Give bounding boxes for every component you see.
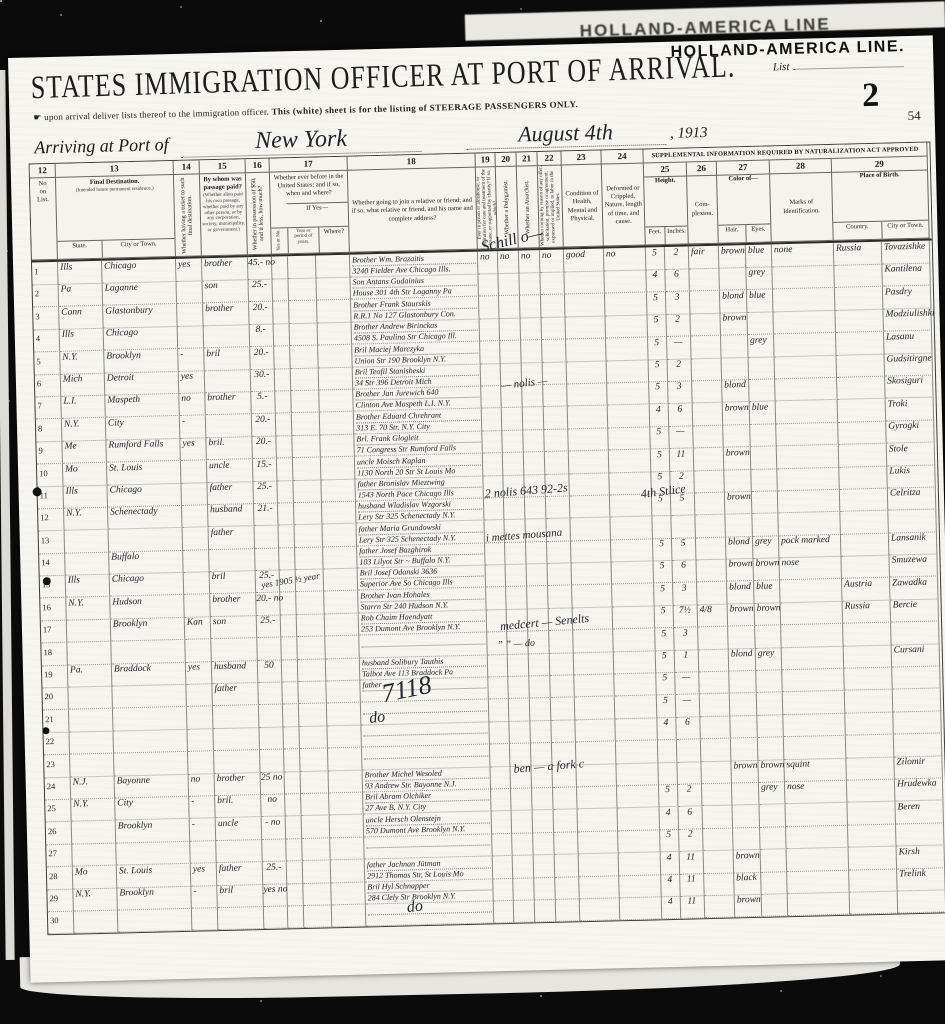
cell-city: Brooklyn (104, 348, 179, 373)
cell-bp: Gudsitirgne (884, 352, 933, 376)
cell-paid: brother (210, 593, 257, 617)
cell-paid: son (202, 280, 249, 304)
cell-inches (677, 761, 702, 785)
cell-bp: Tovazishke (882, 241, 931, 265)
cell-marks (787, 870, 850, 895)
cell-q22 (540, 272, 565, 296)
cell-usyr (297, 614, 326, 638)
cell-health (572, 584, 613, 608)
cell-eyes: brown (755, 603, 782, 627)
cell-q20 (514, 900, 536, 924)
cell-bp (891, 621, 940, 645)
cell-q20 (503, 474, 525, 498)
cell-usy (283, 726, 300, 749)
cell-marks (784, 735, 847, 760)
cell-usy (274, 323, 291, 346)
cell-cx (704, 850, 735, 874)
hdr-state: State. (58, 241, 103, 259)
cell-usy (279, 547, 296, 570)
col-num-14: 14 (174, 160, 200, 175)
cell-ticket (181, 460, 208, 484)
cell-q22 (545, 473, 570, 497)
cell-q20 (513, 877, 535, 901)
cell-city: Laganne (103, 281, 178, 306)
cell-marks: pock marked (779, 534, 842, 559)
cell-money: 20.- no (256, 592, 281, 616)
cell-health (567, 383, 608, 407)
cell-cx (693, 402, 724, 426)
cell-health (570, 495, 611, 519)
cell-marks (781, 601, 844, 626)
cell-marks (785, 802, 848, 827)
cell-eyes (757, 714, 784, 738)
cell-bp: Cursani (892, 643, 941, 667)
cell-state (67, 641, 112, 665)
cell-feet: 4 (662, 896, 682, 919)
cell-bp (893, 688, 942, 712)
cell-usw (329, 792, 364, 816)
cell-no: 25 (45, 799, 72, 823)
cell-no: 16 (40, 598, 67, 622)
cell-city: St. Louis (117, 863, 192, 888)
list-dotted-rule (793, 66, 903, 70)
cell-paid: brother (203, 302, 250, 326)
cell-q22 (543, 361, 568, 385)
cell-paid: husband (208, 503, 255, 527)
cell-city: Brooklyn (116, 819, 191, 844)
cell-country (840, 510, 889, 534)
cell-ticket (184, 594, 211, 618)
hdr-relative-label: Whether going to join a relative or frie… (349, 195, 477, 224)
cell-country (850, 891, 899, 915)
cell-bp: Hrudewka (895, 778, 944, 802)
cell-q21 (530, 720, 552, 744)
cell-usyr (296, 569, 325, 593)
cell-hair (730, 693, 758, 717)
cell-hair (731, 737, 759, 761)
cell-state (65, 552, 110, 576)
cell-no: 20 (42, 687, 69, 711)
hdr-contract-label: Whether coming by reason of any offer, s… (538, 166, 562, 248)
cell-money: 15.- (253, 458, 278, 482)
cell-money (257, 637, 282, 661)
cell-health (574, 674, 615, 698)
cell-usy (282, 659, 299, 682)
cell-usy (285, 771, 302, 794)
cell-q20 (508, 676, 530, 700)
cell-usy (277, 480, 294, 503)
cell-usyr (299, 726, 328, 750)
cell-paid (216, 839, 263, 863)
cell-q22 (555, 876, 580, 900)
cell-cx (699, 649, 730, 673)
cell-state: N.Y. (71, 798, 116, 822)
hdr-complexion-label: Com- plexion. (688, 201, 717, 218)
cell-no: 10 (37, 463, 64, 487)
cell-usw (320, 434, 355, 458)
cell-q20 (500, 318, 522, 342)
cell-usw (321, 479, 356, 503)
cell-usy (280, 592, 297, 615)
cell-no: 7 (35, 396, 62, 420)
cell-city: Hudson (110, 595, 185, 620)
cell-usy (287, 861, 304, 884)
cell-q20 (499, 295, 521, 319)
cell-marks (783, 713, 846, 738)
cell-money: 25 no (261, 771, 286, 795)
cell-no: 9 (36, 441, 63, 465)
cell-q19 (494, 900, 515, 923)
cell-country (835, 309, 884, 333)
header-marks: Marks of Identification. (770, 173, 834, 242)
cell-inches: 3 (674, 627, 699, 651)
cell-q19 (482, 408, 503, 431)
cell-cx: fair (689, 246, 720, 270)
cell-ticket: no (179, 393, 206, 417)
hdr-health-label: Condition of Health, Mental and Physical… (562, 188, 602, 223)
cell-hair (725, 514, 753, 538)
cell-cx (701, 738, 732, 762)
cell-q22 (548, 563, 573, 587)
cell-usw (316, 277, 351, 301)
cell-ticket: yes (179, 370, 206, 394)
header-color-of: Color of— Hair. Eyes. (717, 174, 772, 243)
cell-no: 4 (34, 329, 61, 353)
cell-usy (273, 301, 290, 324)
cell-health (565, 293, 606, 317)
cell-feet: 5 (654, 583, 674, 606)
cell-cx (693, 425, 724, 449)
cell-city: Braddock (112, 662, 187, 687)
cell-inches: 11 (670, 448, 695, 472)
cell-city: Chicago (110, 572, 185, 597)
cell-hair (729, 670, 757, 694)
cell-ticket (187, 706, 214, 730)
cell-health (571, 539, 612, 563)
cell-usy (275, 368, 292, 391)
cell-q22 (545, 451, 570, 475)
cell-inches: 2 (666, 314, 691, 338)
cell-country (843, 622, 892, 646)
cell-usy (277, 458, 294, 481)
cell-usw (324, 590, 359, 614)
cell-inches: — (667, 336, 692, 360)
cell-country: Russia (834, 242, 883, 266)
cell-q21 (526, 541, 548, 565)
cell-no: 11 (37, 486, 64, 510)
cell-inches: 2 (678, 784, 703, 808)
cell-eyes: brown (753, 558, 780, 582)
cell-bp: Zilomir (894, 755, 943, 779)
cell-city: Glastonbury (103, 304, 178, 329)
cell-money (260, 749, 285, 773)
cell-inches: 2 (679, 828, 704, 852)
cell-usyr (304, 905, 333, 929)
cell-eyes: grey (746, 267, 773, 291)
cell-state: Mo (63, 462, 108, 486)
cell-feet: 5 (653, 538, 673, 561)
cell-deformed (614, 650, 657, 674)
cell-feet: 5 (655, 628, 675, 651)
cell-health: good (564, 248, 605, 272)
cell-eyes (755, 625, 782, 649)
cell-paid: bril (204, 347, 251, 371)
cell-state: Ills (66, 574, 111, 598)
cell-deformed (607, 359, 650, 383)
cell-q20 (502, 407, 524, 431)
cell-feet: 5 (647, 314, 667, 337)
cell-q22 (551, 697, 576, 721)
cell-usyr (289, 300, 318, 324)
cell-marks (777, 467, 840, 492)
cell-health (573, 629, 614, 653)
cell-inches: 3 (668, 381, 693, 405)
cell-state (74, 910, 119, 934)
cell-q19 (488, 654, 509, 677)
cell-money: 21.- (254, 503, 279, 527)
cell-cx (689, 268, 720, 292)
hdr-passage-label: By whom was passage paid? (203, 175, 242, 191)
cell-q20 (498, 273, 520, 297)
cell-inches: 6 (678, 806, 703, 830)
cell-health (570, 517, 611, 541)
cell-country (840, 488, 889, 512)
cell-state: N.Y. (66, 597, 111, 621)
cell-country (845, 689, 894, 713)
cell-marks (773, 288, 836, 313)
cell-cx (703, 828, 734, 852)
cell-money: 25.- (263, 861, 288, 885)
cell-health (576, 763, 617, 787)
cell-ticket: - (191, 885, 218, 909)
cell-usw (320, 411, 355, 435)
cell-marks (777, 444, 840, 469)
cell-marks: nose (785, 780, 848, 805)
cell-usw (327, 702, 362, 726)
cell-no: 24 (45, 777, 72, 801)
cell-deformed (613, 606, 656, 630)
background-specks (0, 0, 2, 2)
hdr-inches: Inches. (665, 226, 687, 244)
cell-q20 (506, 564, 528, 588)
cell-deformed (616, 740, 659, 764)
cell-country: Russia (843, 600, 892, 624)
cell-feet (652, 516, 672, 539)
cell-money: no (261, 794, 286, 818)
cell-q19 (481, 385, 502, 408)
cell-no: 28 (47, 866, 74, 890)
cell-q20 (501, 362, 523, 386)
cell-inches: 11 (680, 873, 705, 897)
cell-deformed (620, 897, 663, 921)
cell-country (848, 824, 897, 848)
hdr-on: on (39, 188, 46, 195)
cell-q19 (478, 273, 499, 296)
cell-no: 2 (33, 284, 60, 308)
cell-cx (696, 559, 727, 583)
cell-city: Chicago (107, 483, 182, 508)
cell-q21 (524, 452, 546, 476)
cell-city (118, 908, 193, 933)
cell-paid: bril. (215, 794, 262, 818)
cell-q20: no (498, 251, 520, 275)
cell-usw (318, 344, 353, 368)
cell-inches: 2 (665, 246, 690, 270)
cell-hair: brown (723, 402, 751, 426)
date-handwritten: August 4th (465, 118, 666, 150)
photographed-manifest-page: HOLLAND-AMERICA LINE HOLLAND-AMERICA LIN… (0, 0, 945, 1024)
cell-country (844, 645, 893, 669)
cell-health (568, 428, 609, 452)
cell-feet (658, 739, 678, 762)
cell-ticket (192, 907, 219, 931)
cell-paid (206, 414, 253, 438)
cell-city: Bayonne (115, 774, 190, 799)
cell-feet: 5 (659, 784, 679, 807)
cell-q19 (487, 609, 508, 632)
cell-usy (278, 502, 295, 525)
cell-hair: blond (729, 648, 757, 672)
cell-q22 (541, 294, 566, 318)
cell-bp: Kantilena (882, 263, 931, 287)
cell-q22 (541, 317, 566, 341)
cell-health (579, 875, 620, 899)
cell-hair: brown (724, 446, 752, 470)
col-num-12: 12 (30, 164, 56, 179)
cell-deformed (610, 494, 653, 518)
cell-money (259, 727, 284, 751)
cell-ticket (183, 527, 210, 551)
cell-q20 (509, 698, 531, 722)
cell-hair (733, 827, 761, 851)
cell-inches (677, 739, 702, 763)
cell-usy (278, 525, 295, 548)
header-complexion: Com- plexion. (687, 176, 719, 245)
cell-q22 (544, 406, 569, 430)
cell-country (836, 354, 885, 378)
cell-usw (332, 904, 367, 928)
col-num-27: 27 (717, 160, 770, 175)
cell-usw (325, 635, 360, 659)
cell-country: Austria (842, 577, 891, 601)
cell-state: Pa. (68, 664, 113, 688)
cell-q19 (489, 721, 510, 744)
header-relative-friend: Whether going to join a relative or frie… (348, 168, 478, 253)
col-num-16: 16 (246, 159, 270, 174)
cell-rel (366, 901, 495, 927)
cell-usy (274, 346, 291, 369)
cell-hair: blond (722, 379, 750, 403)
cell-q19 (485, 542, 506, 565)
cell-no: 18 (41, 642, 68, 666)
cell-money: 20.- (252, 413, 277, 437)
cell-no: 1 (32, 262, 59, 286)
cell-ticket (185, 639, 212, 663)
cell-q22 (552, 764, 577, 788)
cell-deformed (608, 427, 651, 451)
cell-q20 (509, 721, 531, 745)
cell-cx (704, 872, 735, 896)
cell-q21 (535, 899, 557, 923)
cell-usyr (297, 636, 326, 660)
cell-eyes (749, 356, 776, 380)
cell-deformed (611, 538, 654, 562)
cell-deformed (604, 270, 647, 294)
cell-q21 (527, 586, 549, 610)
cell-hair (723, 424, 751, 448)
cell-ticket (177, 281, 204, 305)
hdr-prison-label: Ever in prison or almshouse, or institut… (476, 167, 498, 248)
cell-usw (324, 568, 359, 592)
cell-usy (287, 883, 304, 906)
cell-no: 3 (33, 307, 60, 331)
cell-usw (322, 501, 357, 525)
page-title: STATES IMMIGRATION OFFICER AT PORT OF AR… (30, 48, 736, 107)
cell-q22 (549, 630, 574, 654)
cell-feet: 4 (661, 874, 681, 897)
cell-usyr (299, 703, 328, 727)
cell-inches: 5 (671, 493, 696, 517)
cell-q22 (549, 608, 574, 632)
cell-feet: 5 (660, 829, 680, 852)
cell-marks (773, 310, 836, 335)
cell-q21 (520, 295, 542, 319)
cell-q19 (488, 676, 509, 699)
cell-eyes (762, 894, 789, 918)
cell-marks (774, 332, 837, 357)
cell-state: Ills (63, 485, 108, 509)
cell-q19 (487, 632, 508, 655)
cell-money: 20.- (249, 301, 274, 325)
cell-paid: bril. (206, 436, 253, 460)
cell-hair (721, 335, 749, 359)
cell-marks (778, 489, 841, 514)
cell-usyr (301, 770, 330, 794)
cell-q22 (553, 787, 578, 811)
cell-money: 45.- no (248, 257, 273, 281)
cell-health (577, 786, 618, 810)
cell-q19 (486, 564, 507, 587)
cell-money (255, 548, 280, 572)
cell-hair (724, 469, 752, 493)
cell-city (116, 841, 191, 866)
passenger-table: 12 13 14 15 16 17 18 19 20 21 22 23 24 S… (29, 141, 945, 935)
cell-health (573, 607, 614, 631)
cell-deformed (616, 762, 659, 786)
cell-usyr (288, 278, 317, 302)
cell-usyr (300, 748, 329, 772)
cell-deformed: no (604, 247, 647, 271)
cell-q21 (531, 743, 553, 767)
cell-marks (782, 646, 845, 671)
cell-hair: brown (725, 491, 753, 515)
cell-q21 (522, 384, 544, 408)
cell-deformed (610, 516, 653, 540)
cell-marks (775, 355, 838, 380)
cell-city: Buffalo (109, 550, 184, 575)
cell-q19 (480, 341, 501, 364)
cell-country (847, 801, 896, 825)
cell-feet: 5 (653, 560, 673, 583)
cell-health (579, 853, 620, 877)
cell-usyr (292, 435, 321, 459)
cell-marks (781, 623, 844, 648)
cell-no: 17 (41, 620, 68, 644)
cell-q20 (510, 743, 532, 767)
cell-hair (719, 267, 747, 291)
cell-city: City (115, 796, 190, 821)
cell-eyes: brown (758, 759, 785, 783)
